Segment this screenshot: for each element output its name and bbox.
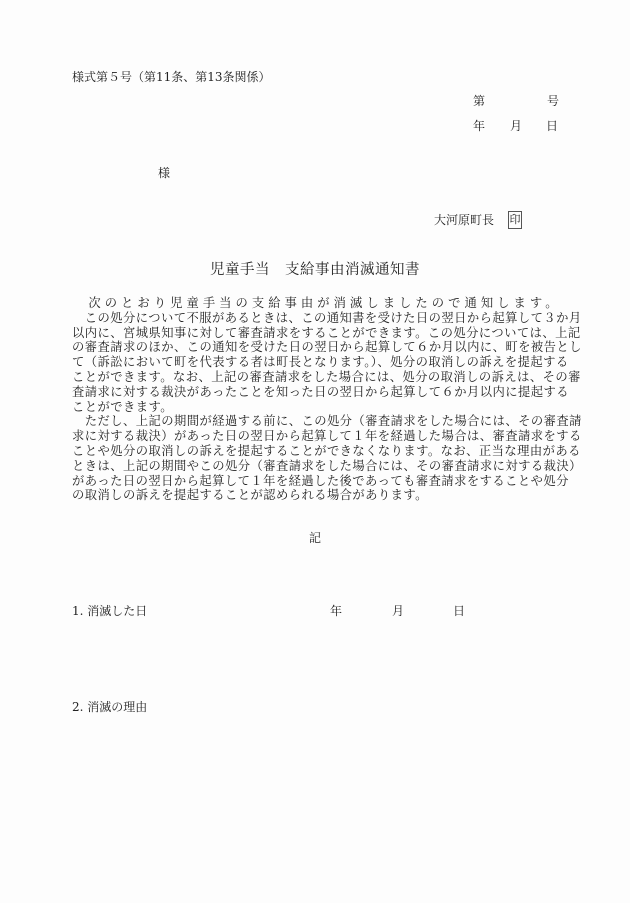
body-line: があった日の翌日から起算して１年を経過した後であっても審査請求をすることや処分 [72, 474, 558, 489]
item-1-month-label: 月 [392, 604, 404, 618]
issue-date-year-label: 年 [473, 119, 485, 133]
item-2-extinction-reason-label: 2. 消滅の理由 [72, 700, 147, 714]
body-line: 査請求に対する裁決があったことを知った日の翌日から起算して６か月以内に提起する [72, 385, 558, 400]
item-1-extinction-date-label: 1. 消滅した日 [72, 604, 147, 618]
body-line: 次のとおり児童手当の支給事由が消滅しましたので通知します。 [72, 296, 558, 311]
issue-date-day-label: 日 [546, 119, 558, 133]
body-line: 以内に、宮城県知事に対して審査請求をすることができます。この処分については、上記 [72, 326, 558, 341]
seal-icon: 印 [508, 211, 522, 229]
issue-date-month-label: 月 [510, 119, 522, 133]
body-line: ことができます。 [72, 400, 558, 415]
body-line: ことができます。なお、上記の審査請求をした場合には、処分の取消しの訴えは、その審 [72, 370, 558, 385]
issuer-name: 大河原町長 [434, 213, 494, 227]
body-line: この処分について不服があるときは、この通知書を受けた日の翌日から起算して３か月 [72, 311, 558, 326]
body-line: ことや処分の取消しの訴えを提起することができなくなります。なお、正当な理由がある [72, 444, 558, 459]
form-number-label: 様式第５号（第11条、第13条関係） [72, 70, 271, 84]
ki-heading: 記 [309, 531, 321, 545]
addressee-honorific: 様 [158, 166, 170, 180]
document-number-suffix: 号 [547, 94, 559, 108]
document-number-prefix: 第 [473, 94, 485, 108]
body-line: ときは、上記の期間やこの処分（審査請求をした場合には、その審査請求に対する裁決） [72, 459, 558, 474]
body-line: て（訴訟において町を代表する者は町長となります。）、処分の取消しの訴えを提起する [72, 355, 558, 370]
item-1-day-label: 日 [453, 604, 465, 618]
body-line: の取消しの訴えを提起することが認められる場合があります。 [72, 488, 558, 503]
item-1-year-label: 年 [330, 604, 342, 618]
body-line: の審査請求のほか、この通知を受けた日の翌日から起算して６か月以内に、町を被告とし [72, 340, 558, 355]
notice-body: 次のとおり児童手当の支給事由が消滅しましたので通知します。 この処分について不服… [72, 296, 558, 503]
body-line: 求に対する裁決）があった日の翌日から起算して１年を経過した場合は、審査請求をする [72, 429, 558, 444]
document-title: 児童手当 支給事由消滅通知書 [0, 261, 630, 279]
body-line: ただし、上記の期間が経過する前に、この処分（審査請求をした場合には、その審査請 [72, 414, 558, 429]
